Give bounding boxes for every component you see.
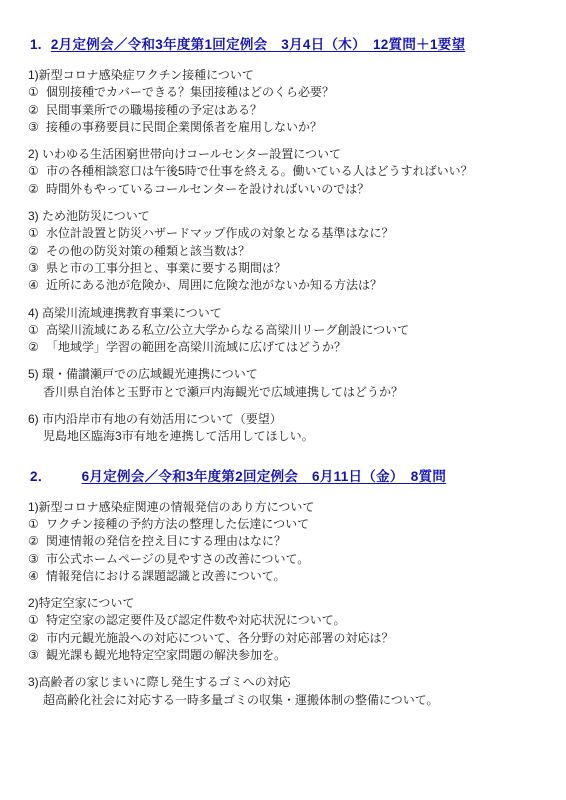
circled-number-marker: ② <box>28 181 46 198</box>
question-item: ②民間事業所での職場接種の予定はある？ <box>28 102 542 119</box>
section-1-question-groups: 1)新型コロナ感染症ワクチン接種について①個別接種でカバーできる？集団接種はどの… <box>28 67 542 446</box>
question-group: 2)特定空家について①特定空家の認定要件及び認定件数や対応状況について。②市内元… <box>28 595 542 664</box>
question-text: 「地域学」学習の範囲を高梁川流域に広げてはどうか？ <box>46 340 346 354</box>
question-text: 市の各種相談窓口は午後5時で仕事を終える。働いている人はどうすればいい？ <box>46 164 473 178</box>
section-1-heading: 1.2月定例会／令和3年度第1回定例会 3月4日（木） 12質問＋1要望 <box>30 36 542 54</box>
section-2-title-link[interactable]: 6月定例会／令和3年度第2回定例会 6月11日（金） 8質問 <box>82 469 447 484</box>
question-item: ①特定空家の認定要件及び認定件数や対応状況について。 <box>28 612 542 629</box>
section-2-question-groups: 1)新型コロナ感染症関連の情報発信のあり方について①ワクチン接種の予約方法の整理… <box>28 499 542 709</box>
question-item: ②「地域学」学習の範囲を高梁川流域に広げてはどうか？ <box>28 339 542 356</box>
circled-number-marker: ① <box>28 516 46 533</box>
circled-number-marker: ① <box>28 612 46 629</box>
question-item: ②その他の防災対策の種類と該当数は？ <box>28 243 542 260</box>
question-text: 市公式ホームページの見やすさの改善について。 <box>46 552 309 566</box>
circled-number-marker: ② <box>28 533 46 550</box>
question-group-topic: 4) 高梁川流域連携教育事業について <box>28 305 542 322</box>
circled-number-marker: ③ <box>28 551 46 568</box>
section-1-title-link[interactable]: 2月定例会／令和3年度第1回定例会 3月4日（木） 12質問＋1要望 <box>51 37 466 52</box>
question-item: ①個別接種でカバーできる？集団接種はどのくら必要？ <box>28 84 542 101</box>
question-item: ④近所にある池が危険か、周囲に危険な池がないか知る方法は？ <box>28 277 542 294</box>
question-item: ②関連情報の発信を控え目にする理由はなに？ <box>28 533 542 550</box>
question-detail-line: 児島地区臨海3市有地を連携して活用してほしい。 <box>28 428 542 445</box>
question-item: ②市内元観光施設への対応について、各分野の対応部署の対応は？ <box>28 630 542 647</box>
question-text: 時間外もやっているコールセンターを設ければいいのでは？ <box>46 182 369 196</box>
document-page: 1.2月定例会／令和3年度第1回定例会 3月4日（木） 12質問＋1要望 1)新… <box>0 0 566 800</box>
question-group: 3) ため池防災について①水位計設置と防災ハザードマップ作成の対象となる基準はな… <box>28 208 542 294</box>
question-text: 市内元観光施設への対応について、各分野の対応部署の対応は？ <box>46 631 394 645</box>
question-item: ③市公式ホームページの見やすさの改善について。 <box>28 551 542 568</box>
question-detail-line: 香川県自治体と玉野市とで瀬戸内海観光で広域連携してはどうか？ <box>28 384 542 401</box>
question-item: ④情報発信における課題認識と改善について。 <box>28 568 542 585</box>
circled-number-marker: ③ <box>28 119 46 136</box>
question-text: 観光課も観光地特定空家問題の解決参加を。 <box>46 648 286 662</box>
question-group-topic: 3) ため池防災について <box>28 208 542 225</box>
question-item: ③観光課も観光地特定空家問題の解決参加を。 <box>28 647 542 664</box>
circled-number-marker: ③ <box>28 260 46 277</box>
question-text: 高梁川流域にある私立/公立大学からなる高梁川リーグ創設について <box>46 323 409 337</box>
question-group-topic: 2) いわゆる生活困窮世帯向けコールセンター設置について <box>28 146 542 163</box>
section-1-number: 1. <box>30 37 42 52</box>
question-text: 県と市の工事分担と、事業に要する期間は？ <box>46 261 286 275</box>
circled-number-marker: ② <box>28 243 46 260</box>
section-2-number: 2． <box>30 469 52 484</box>
question-text: 近所にある池が危険か、周囲に危険な池がないか知る方法は？ <box>46 278 382 292</box>
question-group: 5) 環・備讃瀬戸での広域観光連携について香川県自治体と玉野市とで瀬戸内海観光で… <box>28 366 542 401</box>
circled-number-marker: ① <box>28 163 46 180</box>
question-item: ①市の各種相談窓口は午後5時で仕事を終える。働いている人はどうすればいい？ <box>28 163 542 180</box>
question-group: 6) 市内沿岸市有地の有効活用について（要望）児島地区臨海3市有地を連携して活用… <box>28 411 542 446</box>
question-group: 1)新型コロナ感染症関連の情報発信のあり方について①ワクチン接種の予約方法の整理… <box>28 499 542 585</box>
question-text: 接種の事務要員に民間企業関係者を雇用しないか？ <box>46 120 322 134</box>
question-group-topic: 6) 市内沿岸市有地の有効活用について（要望） <box>28 411 542 428</box>
question-text: 情報発信における課題認識と改善について。 <box>46 569 286 583</box>
section-2-heading: 2．6月定例会／令和3年度第2回定例会 6月11日（金） 8質問 <box>30 468 542 486</box>
question-item: ①ワクチン接種の予約方法の整理した伝達について <box>28 516 542 533</box>
question-group-topic: 1)新型コロナ感染症ワクチン接種について <box>28 67 542 84</box>
question-item: ①水位計設置と防災ハザードマップ作成の対象となる基準はなに？ <box>28 225 542 242</box>
question-text: 民間事業所での職場接種の予定はある？ <box>46 103 262 117</box>
section-2-june-meeting: 2．6月定例会／令和3年度第2回定例会 6月11日（金） 8質問 1)新型コロナ… <box>28 468 542 709</box>
circled-number-marker: ② <box>28 102 46 119</box>
question-text: 特定空家の認定要件及び認定件数や対応状況について。 <box>46 613 346 627</box>
question-group-topic: 5) 環・備讃瀬戸での広域観光連携について <box>28 366 542 383</box>
question-text: ワクチン接種の予約方法の整理した伝達について <box>46 517 309 531</box>
question-item: ②時間外もやっているコールセンターを設ければいいのでは？ <box>28 181 542 198</box>
question-group-topic: 3)高齢者の家じまいに際し発生するゴミへの対応 <box>28 674 542 691</box>
question-detail-line: 超高齢化社会に対応する一時多量ゴミの収集・運搬体制の整備について。 <box>28 692 542 709</box>
circled-number-marker: ① <box>28 84 46 101</box>
circled-number-marker: ① <box>28 225 46 242</box>
circled-number-marker: ③ <box>28 647 46 664</box>
circled-number-marker: ② <box>28 339 46 356</box>
question-text: 関連情報の発信を控え目にする理由はなに？ <box>46 534 286 548</box>
question-text: 水位計設置と防災ハザードマップ作成の対象となる基準はなに？ <box>46 226 394 240</box>
question-group-topic: 2)特定空家について <box>28 595 542 612</box>
circled-number-marker: ④ <box>28 277 46 294</box>
circled-number-marker: ④ <box>28 568 46 585</box>
circled-number-marker: ② <box>28 630 46 647</box>
question-group-topic: 1)新型コロナ感染症関連の情報発信のあり方について <box>28 499 542 516</box>
question-item: ①高梁川流域にある私立/公立大学からなる高梁川リーグ創設について <box>28 322 542 339</box>
question-group: 2) いわゆる生活困窮世帯向けコールセンター設置について①市の各種相談窓口は午後… <box>28 146 542 198</box>
question-group: 1)新型コロナ感染症ワクチン接種について①個別接種でカバーできる？集団接種はどの… <box>28 67 542 136</box>
question-text: その他の防災対策の種類と該当数は？ <box>46 244 250 258</box>
question-group: 3)高齢者の家じまいに際し発生するゴミへの対応超高齢化社会に対応する一時多量ゴミ… <box>28 674 542 709</box>
question-item: ③接種の事務要員に民間企業関係者を雇用しないか？ <box>28 119 542 136</box>
question-item: ③県と市の工事分担と、事業に要する期間は？ <box>28 260 542 277</box>
section-1-february-meeting: 1.2月定例会／令和3年度第1回定例会 3月4日（木） 12質問＋1要望 1)新… <box>28 36 542 446</box>
question-text: 個別接種でカバーできる？集団接種はどのくら必要？ <box>46 85 334 99</box>
question-group: 4) 高梁川流域連携教育事業について①高梁川流域にある私立/公立大学からなる高梁… <box>28 305 542 357</box>
circled-number-marker: ① <box>28 322 46 339</box>
